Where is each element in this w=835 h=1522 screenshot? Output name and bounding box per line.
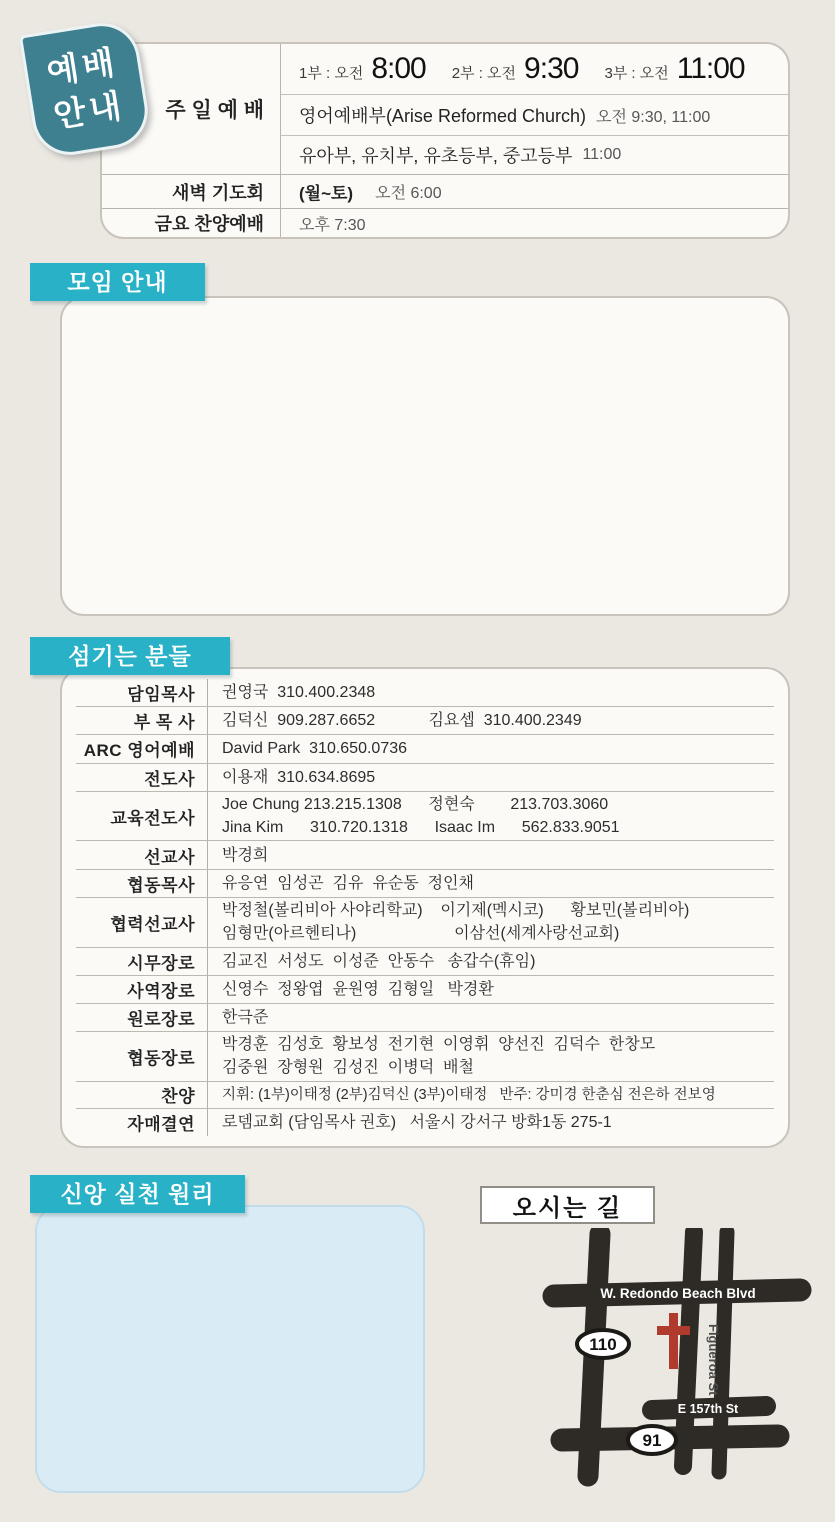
meetings-box xyxy=(60,296,790,616)
children-service-name: 유아부, 유치부, 유초등부, 중고등부 xyxy=(299,142,572,168)
staff-row: 선교사 박경희 xyxy=(76,841,774,869)
staff-line: 박경희 xyxy=(222,844,774,867)
freeway-91-label: 91 xyxy=(643,1431,662,1450)
english-service-row: 영어예배부(Arise Reformed Church) 오전 9:30, 11… xyxy=(280,95,788,136)
children-service-time: 11:00 xyxy=(582,146,621,164)
staff-line: 한극준 xyxy=(222,1006,774,1029)
staff-role-label: 협동장로 xyxy=(76,1032,208,1081)
friday-praise-time: 오후 7:30 xyxy=(299,212,366,235)
staff-line: 유응연 임성곤 김유 유순동 정인채 xyxy=(222,872,774,895)
staff-line: 박정철(볼리비아 사야리학교) 이기제(멕시코) 황보민(볼리비아) xyxy=(222,899,774,922)
staff-row: 협력선교사 박정철(볼리비아 사야리학교) 이기제(멕시코) 황보민(볼리비아)… xyxy=(76,898,774,948)
staff-row: ARC 영어예배 David Park 310.650.0736 xyxy=(76,735,774,763)
service-part-time: 9:30 xyxy=(524,52,578,86)
children-service-row: 유아부, 유치부, 유초등부, 중고등부 11:00 xyxy=(280,136,788,175)
principles-box xyxy=(35,1205,425,1493)
english-service-name: 영어예배부(Arise Reformed Church) xyxy=(299,102,586,128)
staff-role-label: 원로장로 xyxy=(76,1004,208,1031)
service-part: 2부 : 오전 9:30 xyxy=(452,52,579,86)
sunday-service-times-row: 1부 : 오전 8:00 2부 : 오전 9:30 3부 : 오전 11:00 xyxy=(280,44,788,95)
staff-role-people: 신영수 정왕엽 윤원영 김형일 박경환 xyxy=(208,975,774,1004)
staff-role-people: 박경희 xyxy=(208,841,774,870)
meetings-section-header: 모임 안내 xyxy=(30,263,205,301)
worship-guide-badge: 예배 안내 xyxy=(19,18,153,161)
staff-role-label: 찬양 xyxy=(76,1082,208,1108)
staff-row: 담임목사 권영국 310.400.2348 xyxy=(76,679,774,707)
staff-role-label: 담임목사 xyxy=(76,679,208,706)
service-part-label: 1부 : 오전 xyxy=(299,62,363,83)
road-redondo-label: W. Redondo Beach Blvd xyxy=(600,1286,755,1301)
staff-row: 자매결연 로뎀교회 (담임목사 권호) 서울시 강서구 방화1동 275-1 xyxy=(76,1109,774,1136)
service-part-time: 11:00 xyxy=(677,52,745,86)
staff-role-people: 한극준 xyxy=(208,1003,774,1032)
staff-role-label: 자매결연 xyxy=(76,1109,208,1136)
staff-role-label: 사역장로 xyxy=(76,976,208,1003)
staff-line: 신영수 정왕엽 윤원영 김형일 박경환 xyxy=(222,978,774,1001)
staff-line: 이용재 310.634.8695 xyxy=(222,766,774,789)
staff-role-label: 전도사 xyxy=(76,764,208,791)
staff-row: 부 목 사 김덕신 909.287.6652 김요셉 310.400.2349 xyxy=(76,707,774,735)
staff-row: 찬양 지휘: (1부)이태정 (2부)김덕신 (3부)이태정 반주: 강미경 한… xyxy=(76,1082,774,1109)
staff-section-header: 섬기는 분들 xyxy=(30,637,230,675)
staff-line: 권영국 310.400.2348 xyxy=(222,681,774,704)
service-part-time: 8:00 xyxy=(371,52,425,86)
dawn-prayer-row: (월~토) 오전 6:00 xyxy=(280,175,788,209)
freeway-110-label: 110 xyxy=(589,1335,616,1354)
staff-box: 담임목사 권영국 310.400.2348 부 목 사 김덕신 909.287.… xyxy=(60,667,790,1148)
staff-line: 박경훈 김성호 황보성 전기현 이영휘 양선진 김덕수 한창모 xyxy=(222,1033,774,1056)
staff-line: Jina Kim 310.720.1318 Isaac Im 562.833.9… xyxy=(222,816,774,839)
staff-table: 담임목사 권영국 310.400.2348 부 목 사 김덕신 909.287.… xyxy=(76,679,774,1136)
staff-line: 지휘: (1부)이태정 (2부)김덕신 (3부)이태정 반주: 강미경 한춘심 … xyxy=(222,1085,774,1105)
staff-role-label: 부 목 사 xyxy=(76,707,208,734)
staff-row: 교육전도사 Joe Chung 213.215.1308 정현숙 213.703… xyxy=(76,792,774,842)
staff-role-people: Joe Chung 213.215.1308 정현숙 213.703.3060J… xyxy=(208,790,774,842)
worship-schedule-table: 주 일 예 배 1부 : 오전 8:00 2부 : 오전 9:30 3부 : 오… xyxy=(100,42,790,239)
staff-role-people: 지휘: (1부)이태정 (2부)김덕신 (3부)이태정 반주: 강미경 한춘심 … xyxy=(208,1082,774,1108)
staff-row: 협동장로 박경훈 김성호 황보성 전기현 이영휘 양선진 김덕수 한창모김중원 … xyxy=(76,1032,774,1082)
staff-line: 김중원 장형원 김성진 이병덕 배철 xyxy=(222,1056,774,1079)
dawn-prayer-label: 새벽 기도회 xyxy=(102,175,280,209)
principles-section-header: 신앙 실천 원리 xyxy=(30,1175,245,1213)
staff-row: 시무장로 김교진 서성도 이성준 안동수 송갑수(휴임) xyxy=(76,948,774,976)
staff-role-people: 박경훈 김성호 황보성 전기현 이영휘 양선진 김덕수 한창모김중원 장형원 김… xyxy=(208,1030,774,1082)
staff-row: 사역장로 신영수 정왕엽 윤원영 김형일 박경환 xyxy=(76,976,774,1004)
service-part-label: 2부 : 오전 xyxy=(452,62,516,83)
staff-line: 김덕신 909.287.6652 김요셉 310.400.2349 xyxy=(222,709,774,732)
staff-role-people: 박정철(볼리비아 사야리학교) 이기제(멕시코) 황보민(볼리비아)임형만(아르… xyxy=(208,896,774,948)
staff-line: 임형만(아르헨티나) 이삼선(세계사랑선교회) xyxy=(222,922,774,945)
dawn-prayer-days: (월~토) xyxy=(299,179,353,204)
service-part: 3부 : 오전 11:00 xyxy=(604,52,744,86)
road-157th-label: E 157th St xyxy=(678,1402,739,1416)
staff-role-people: 김덕신 909.287.6652 김요셉 310.400.2349 xyxy=(208,706,774,735)
directions-map: W. Redondo Beach Blvd E 157th St Figuero… xyxy=(528,1228,830,1518)
english-service-time: 오전 9:30, 11:00 xyxy=(596,104,710,127)
staff-row: 원로장로 한극준 xyxy=(76,1004,774,1032)
dawn-prayer-time: 오전 6:00 xyxy=(375,180,442,203)
staff-role-people: 권영국 310.400.2348 xyxy=(208,678,774,707)
friday-praise-row: 오후 7:30 xyxy=(280,209,788,237)
staff-role-label: ARC 영어예배 xyxy=(76,735,208,762)
staff-role-people: David Park 310.650.0736 xyxy=(208,734,774,763)
staff-line: 김교진 서성도 이성준 안동수 송갑수(휴임) xyxy=(222,950,774,973)
service-part-label: 3부 : 오전 xyxy=(604,62,668,83)
staff-line: David Park 310.650.0736 xyxy=(222,737,774,760)
staff-role-label: 시무장로 xyxy=(76,948,208,975)
staff-role-people: 유응연 임성곤 김유 유순동 정인채 xyxy=(208,869,774,898)
friday-praise-label: 금요 찬양예배 xyxy=(102,209,280,237)
staff-line: Joe Chung 213.215.1308 정현숙 213.703.3060 xyxy=(222,793,774,816)
staff-row: 전도사 이용재 310.634.8695 xyxy=(76,764,774,792)
staff-role-label: 교육전도사 xyxy=(76,792,208,841)
staff-role-label: 협력선교사 xyxy=(76,898,208,947)
directions-title: 오시는 길 xyxy=(480,1186,655,1224)
staff-row: 협동목사 유응연 임성곤 김유 유순동 정인채 xyxy=(76,870,774,898)
staff-role-people: 이용재 310.634.8695 xyxy=(208,763,774,792)
service-part: 1부 : 오전 8:00 xyxy=(299,52,426,86)
staff-role-people: 김교진 서성도 이성준 안동수 송갑수(휴임) xyxy=(208,947,774,976)
staff-role-people: 로뎀교회 (담임목사 권호) 서울시 강서구 방화1동 275-1 xyxy=(208,1108,774,1137)
road-figueroa-label: Figueroa St xyxy=(706,1324,721,1396)
staff-role-label: 협동목사 xyxy=(76,870,208,897)
staff-line: 로뎀교회 (담임목사 권호) 서울시 강서구 방화1동 275-1 xyxy=(222,1111,774,1134)
staff-role-label: 선교사 xyxy=(76,841,208,868)
